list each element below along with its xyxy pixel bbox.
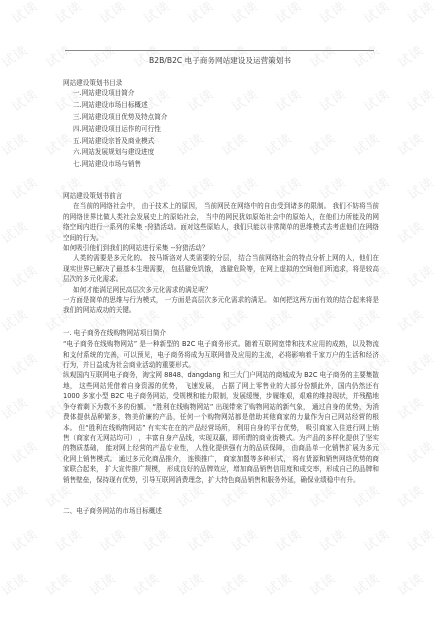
toc-title: 网站建设策划书目录: [63, 78, 379, 88]
preface-title: 网站建设策划书前言: [63, 191, 379, 201]
preface-paragraph: 人类的需要是多元化的。 按马斯洛对人类需要的分层， 结合当前网络社会的特点分析上…: [63, 253, 379, 284]
section-2-heading: 二、电子商务网站的市场目标概述: [63, 506, 379, 516]
preface-paragraph: 如何才能满足网民高层次多元化需求的满足呢？: [63, 285, 379, 295]
toc-item: 七.网站建设市场与销售: [63, 159, 379, 171]
toc-item: 五.网站建设宗旨及商业模式: [63, 136, 379, 148]
section-1-paragraph: “电子商务在线购物网站” 是一种新型的 B2C 电子商务形式。随着互联网宽带和技…: [63, 339, 379, 370]
document-page: B2B/B2C 电子商务网站建设及运营策划书 网站建设策划书目录 一.网站建设项…: [0, 0, 440, 620]
toc-item: 四.网站建设项目运作的可行性: [63, 124, 379, 136]
document-body: 网站建设策划书目录 一.网站建设项目简介 二.网站建设市场目标概述 三.网站建设…: [63, 78, 379, 516]
toc-item: 三.网站建设项目优势及特点简介: [63, 112, 379, 124]
preface-paragraph: 如何吸引他们到我们的网站进行采集 --狩猎活动？: [63, 243, 379, 253]
toc-list: 一.网站建设项目简介 二.网站建设市场目标概述 三.网站建设项目优势及特点简介 …: [63, 88, 379, 171]
header-divider: [65, 50, 374, 51]
toc-item: 二.网站建设市场目标概述: [63, 100, 379, 112]
document-header-title: B2B/B2C 电子商务网站建设及运营策划书: [0, 55, 440, 66]
preface-paragraph: 在当前的网络社会中， 由于技术上的原因， 当前网民在网络中的自由受到诸多的限制。…: [63, 201, 379, 243]
section-1-heading: 一. 电子商务在线购物网站项目简介: [63, 328, 379, 338]
toc-item: 一.网站建设项目简介: [63, 88, 379, 100]
toc-item: 六.网站发展规划与建设进度: [63, 147, 379, 159]
section-1-paragraph: 纵观国内互联网电子商务，淘宝网 8848、dangdang 和三大门户网站的商城…: [63, 370, 379, 484]
preface-paragraph: 一方面是简单的思维与行为模式， 一方面是高层次多元化需求的满足。 如何把这两方面…: [63, 295, 379, 316]
